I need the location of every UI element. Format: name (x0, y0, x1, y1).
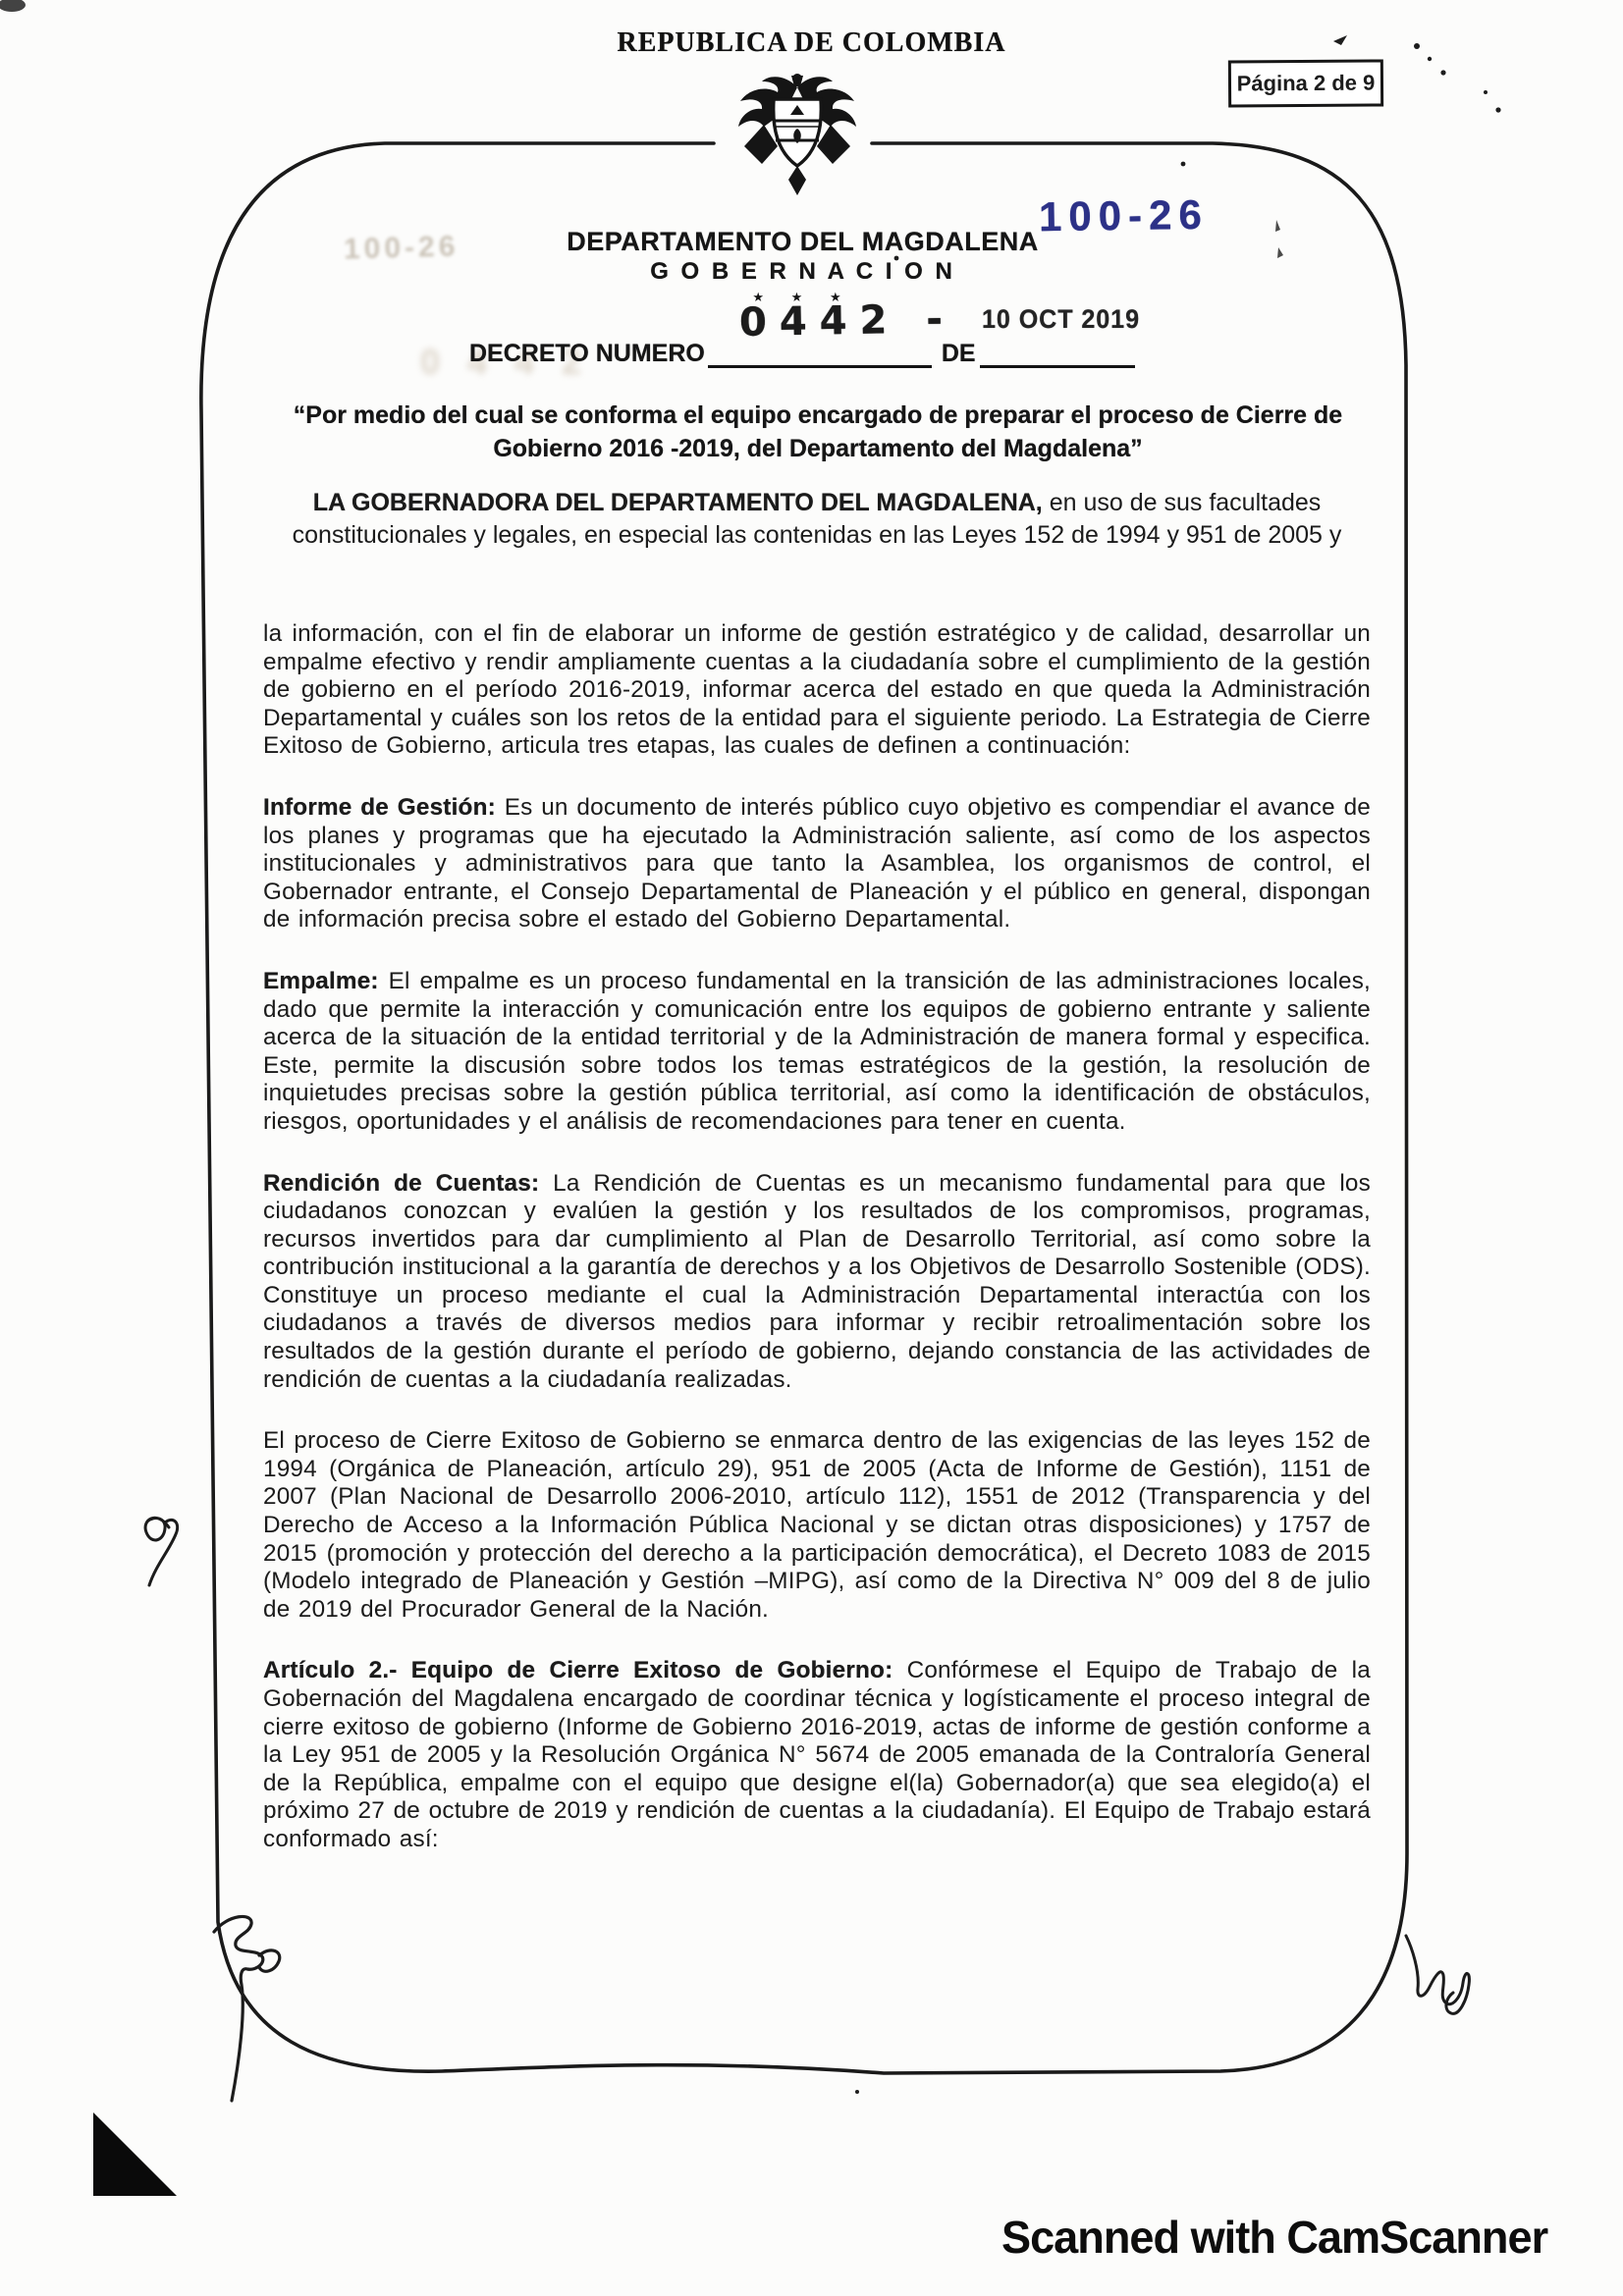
handwritten-mark (1406, 1936, 1469, 2013)
gobernacion-subtitle: G O B E R N A C I O N (198, 258, 1407, 286)
paragraph: Informe de Gestión: Es un documento de i… (263, 794, 1371, 934)
paragraph-lead: Informe de Gestión: (263, 794, 496, 821)
colombia-coat-of-arms-icon (729, 71, 866, 210)
paragraph-text: Confórmese el Equipo de Trabajo de la Go… (263, 1657, 1371, 1852)
page-number-text: Página 2 de 9 (1237, 71, 1376, 97)
paragraph-text: El empalme es un proceso fundamental en … (263, 968, 1371, 1135)
handwritten-mark (145, 1518, 178, 1585)
corner-fold-mark (93, 2112, 177, 2196)
paragraph: El proceso de Cierre Exitoso de Gobierno… (263, 1427, 1371, 1624)
department-title: DEPARTAMENTO DEL MAGDALENA (198, 227, 1407, 257)
body-paragraphs: la información, con el fin de elaborar u… (263, 620, 1371, 1888)
date-stamp: 10 OCT 2019 (982, 304, 1140, 335)
date-underline (980, 342, 1135, 368)
scanned-decree-page: REPUBLICA DE COLOMBIA Página 2 de 9 100-… (0, 0, 1623, 2296)
de-label: DE (942, 340, 976, 368)
paragraph-text: La Rendición de Cuentas es un mecanismo … (263, 1170, 1371, 1393)
scan-smudge (0, 0, 26, 12)
preamble-bold: LA GOBERNADORA DEL DEPARTAMENTO DEL MAGD… (313, 489, 1043, 516)
decree-title: “Por medio del cual se conforma el equip… (283, 399, 1353, 465)
page-number-badge: Página 2 de 9 (1228, 59, 1383, 107)
republic-header: REPUBLICA DE COLOMBIA (0, 27, 1623, 59)
paragraph-lead: Empalme: (263, 968, 379, 994)
paragraph: Artículo 2.- Equipo de Cierre Exitoso de… (263, 1657, 1371, 1853)
paragraph-lead: Artículo 2.- Equipo de Cierre Exitoso de… (263, 1657, 893, 1683)
decreto-numero-label: DECRETO NUMERO (469, 340, 705, 368)
paragraph: la información, con el fin de elaborar u… (263, 620, 1371, 761)
paragraph-text: la información, con el fin de elaborar u… (263, 620, 1371, 759)
number-underline (708, 342, 932, 368)
camscanner-watermark: Scanned with CamScanner (1001, 2211, 1541, 2264)
preamble: LA GOBERNADORA DEL DEPARTAMENTO DEL MAGD… (263, 487, 1371, 552)
handwritten-mark (214, 1916, 280, 2101)
paragraph: Rendición de Cuentas: La Rendición de Cu… (263, 1170, 1371, 1395)
decree-number-line: DECRETO NUMERO DE (469, 340, 1135, 368)
decree-number-stamp: 0442 - (739, 296, 956, 346)
paragraph: Empalme: El empalme es un proceso fundam… (263, 968, 1371, 1137)
paragraph-text: El proceso de Cierre Exitoso de Gobierno… (263, 1427, 1371, 1623)
paragraph-lead: Rendición de Cuentas: (263, 1170, 539, 1197)
ref-number-stamp: 100-26 (1039, 191, 1209, 240)
